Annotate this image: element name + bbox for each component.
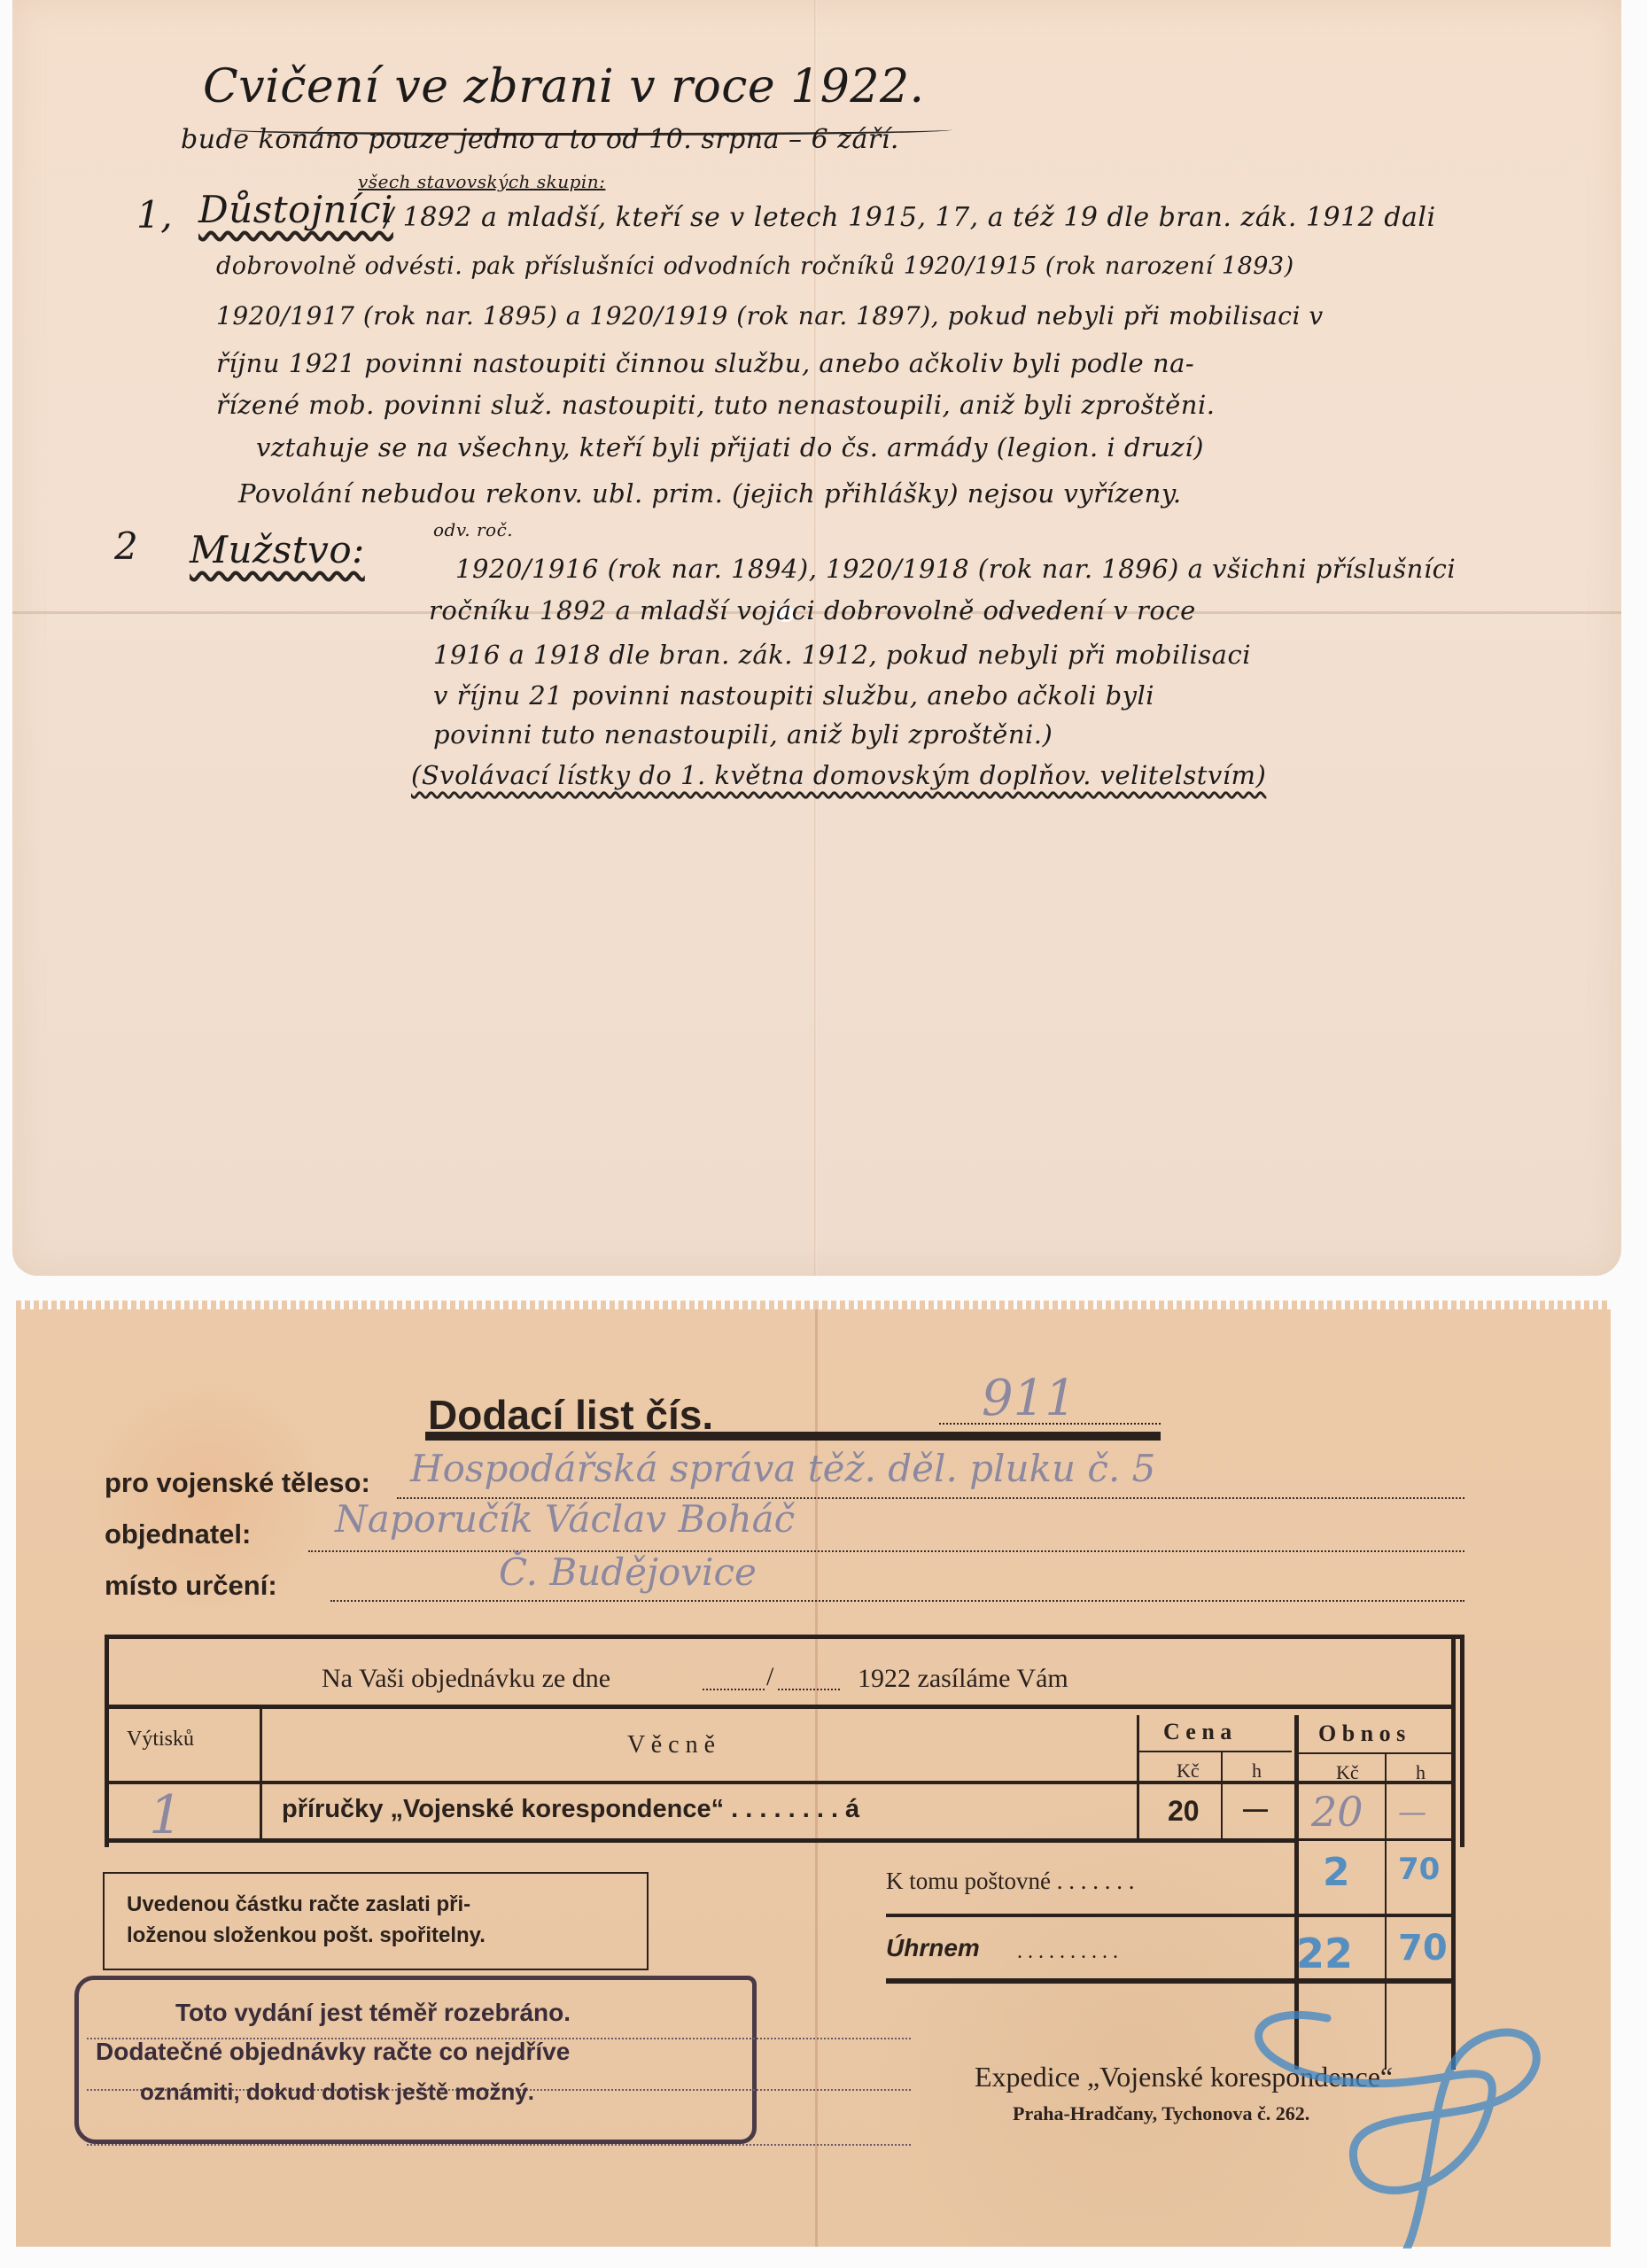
total-kc: 22 [1296, 1930, 1353, 1977]
crayon-signature [1221, 1983, 1593, 2249]
field-label-orderer: objednatel: [105, 1518, 251, 1550]
section1-superscript: všech stavovských skupin: [358, 171, 605, 192]
total-label: Úhrnem [886, 1934, 980, 1962]
table-rule [886, 1914, 1456, 1917]
section1-line: Povolání nebudou rekonv. ubl. prim. (jej… [238, 478, 1182, 509]
delivery-note-form: Dodací list čís. 911 pro vojenské těleso… [16, 1309, 1611, 2247]
order-date-suffix: 1922 zasíláme Vám [858, 1664, 1068, 1694]
field-value-destination: Č. Budějovice [499, 1550, 757, 1594]
sheet-intro: bude konáno pouze jedno a to od 10. srpn… [181, 124, 899, 155]
section2-line: povinni tuto nenastoupili, aniž byli zpr… [433, 719, 1053, 750]
section2-line: ročníku 1892 a mladší vojáci dobrovolně … [429, 595, 1196, 625]
field-line-destination [330, 1600, 1464, 1602]
section2-superscript: odv. roč. [433, 519, 513, 540]
section2-number: 2 [114, 524, 138, 568]
order-date-month-line [778, 1689, 840, 1690]
handwritten-sheet: Cvičení ve zbrani v roce 1922. bude koná… [12, 0, 1621, 1276]
section2-line: v říjnu 21 povinni nastoupiti službu, an… [433, 680, 1154, 711]
payment-note-line: Uvedenou částku račte zaslati při- [127, 1892, 470, 1917]
section2-line: 1916 a 1918 dle bran. zák. 1912, pokud n… [433, 640, 1251, 670]
row-item: příručky „Vojenské korespondence“ . . . … [282, 1795, 859, 1824]
section1-line: dobrovolně odvésti. pak příslušníci odvo… [216, 252, 1294, 280]
stamp-line: Dodatečné objednávky račte co nejdříve [96, 2038, 570, 2066]
col-header-copies: Výtisků [127, 1728, 194, 1751]
order-date-separator: / [766, 1662, 773, 1692]
form-number: 911 [982, 1370, 1076, 1427]
col-header-price-h: h [1252, 1759, 1262, 1783]
col-header-item: V ě c n ě [627, 1731, 715, 1759]
field-label-destination: místo určení: [105, 1570, 277, 1602]
section1-line: 1920/1917 (rok nar. 1895) a 1920/1919 (r… [216, 301, 1324, 330]
section1-heading: Důstojníci [198, 188, 393, 231]
total-h: 70 [1398, 1928, 1448, 1969]
title-rule [425, 1432, 1161, 1441]
postage-h: 70 [1398, 1852, 1440, 1887]
stamp-line: Toto vydání jest téměř rozebráno. [175, 1999, 571, 2027]
row-copies: 1 [149, 1784, 183, 1846]
table-rule [1299, 1752, 1451, 1754]
postage-kc: 2 [1323, 1850, 1350, 1895]
section2-line: 1920/1916 (rok nar. 1894), 1920/1918 (ro… [455, 554, 1456, 584]
table-rule [260, 1709, 262, 1843]
row-amount-kc: 20 [1311, 1788, 1363, 1836]
fold-line-vertical [814, 0, 817, 1276]
perforated-edge [16, 1301, 1611, 1313]
table-rule [1221, 1752, 1223, 1843]
payment-note-line: loženou složenkou pošt. spořitelny. [127, 1923, 486, 1948]
order-date-prefix: Na Vaši objednávku ze dne [322, 1664, 610, 1694]
stamp-line: oznámiti, dokud dotisk ještě možný. [140, 2078, 534, 2106]
total-dots: . . . . . . . . . . [1017, 1940, 1118, 1964]
col-header-amount: O b n o s [1318, 1720, 1405, 1747]
col-header-price-kc: Kč [1177, 1759, 1200, 1783]
field-value-orderer: Naporučík Václav Boháč [335, 1497, 795, 1541]
sheet-title: Cvičení ve zbrani v roce 1922. [203, 60, 925, 113]
order-date-day-line [703, 1689, 765, 1690]
table-rule [105, 1838, 1296, 1843]
section1-line: říjnu 1921 povinni nastoupiti činnou slu… [216, 348, 1194, 378]
row-price-kc: 20 [1168, 1795, 1200, 1828]
section2-line: (Svolávací lístky do 1. května domovským… [411, 760, 1266, 790]
table-rule [108, 1781, 1456, 1784]
payment-note-box [103, 1872, 649, 1970]
section2-heading: Mužstvo: [190, 528, 365, 571]
field-line-orderer [308, 1550, 1464, 1552]
table-rule [108, 1705, 1456, 1709]
table-rule [1138, 1751, 1292, 1752]
stamp-dotted-line [87, 2144, 911, 2146]
col-header-price: C e n a [1163, 1719, 1231, 1745]
table-rule [1299, 1838, 1456, 1841]
row-amount-h: — [1398, 1795, 1426, 1829]
postage-label: K tomu poštovné . . . . . . . [886, 1868, 1135, 1895]
section1-line: řízené mob. povinni služ. nastoupiti, tu… [216, 390, 1215, 420]
field-label-military-unit: pro vojenské těleso: [105, 1467, 370, 1499]
section1-line: / 1892 a mladší, kteří se v letech 1915,… [385, 202, 1436, 233]
section1-number: 1, [136, 193, 173, 237]
row-price-h: — [1243, 1795, 1268, 1823]
field-value-military-unit: Hospodářská správa těž. děl. pluku č. 5 [410, 1447, 1155, 1490]
section1-line: vztahuje se na všechny, kteří byli přija… [256, 432, 1204, 462]
table-rule [1137, 1715, 1139, 1843]
